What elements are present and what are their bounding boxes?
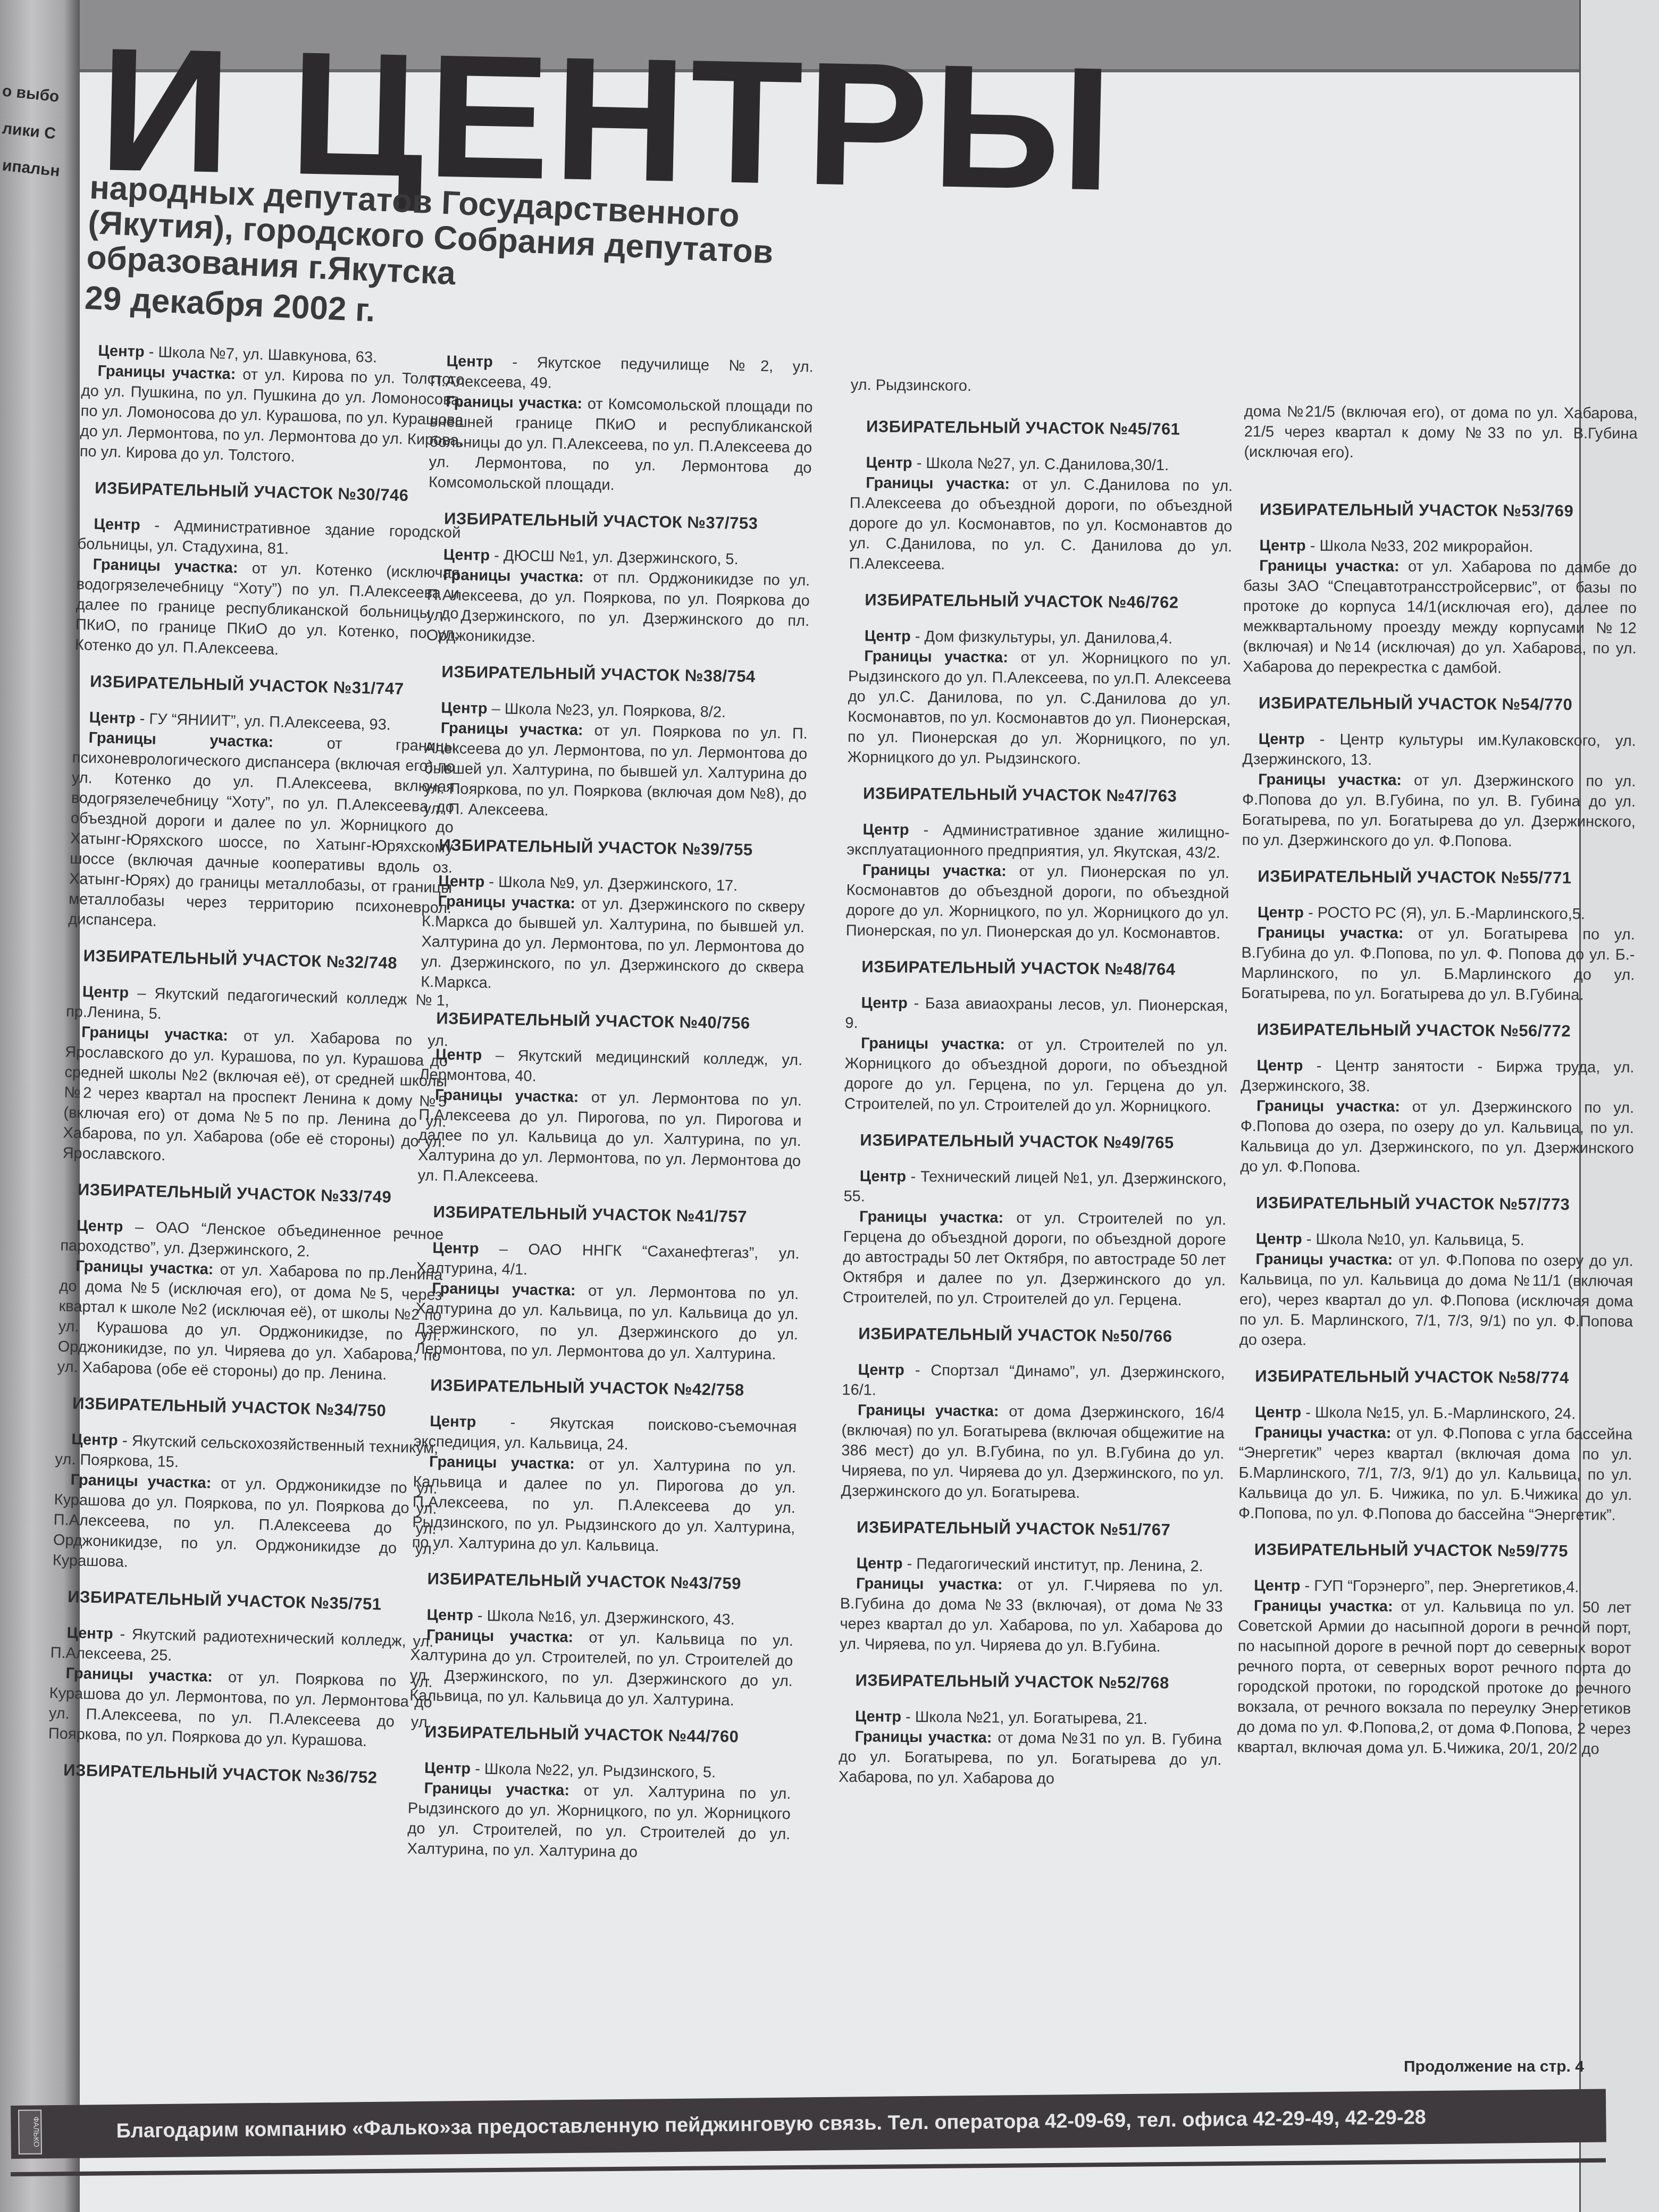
precinct-title: ИЗБИРАТЕЛЬНЫЙ УЧАСТОК №33/749 [78, 1179, 445, 1209]
center-label: Центр [1259, 731, 1305, 748]
bounds-label: Границы участка: [866, 474, 1010, 492]
bounds-label: Границы участка: [446, 393, 582, 412]
center-label: Центр [82, 983, 129, 1001]
bounds-label: Границы участка: [65, 1665, 213, 1686]
precinct-block: ИЗБИРАТЕЛЬНЫЙ УЧАСТОК №48/764 Центр - Ба… [844, 957, 1229, 1117]
center-label: Центр [1256, 1230, 1302, 1247]
column-2: Центр - Якутское педучилище №2, ул. П.Ал… [407, 351, 814, 1881]
bounds-label: Границы участка: [426, 1627, 574, 1646]
precinct-block: ИЗБИРАТЕЛЬНЫЙ УЧАСТОК №31/747 Центр - ГУ… [68, 671, 457, 939]
precinct-title: ИЗБИРАТЕЛЬНЫЙ УЧАСТОК №59/775 [1254, 1539, 1632, 1562]
precinct-title: ИЗБИРАТЕЛЬНЫЙ УЧАСТОК №45/761 [866, 416, 1233, 440]
precinct-title: ИЗБИРАТЕЛЬНЫЙ УЧАСТОК №54/770 [1259, 693, 1636, 715]
prev-page-fragment: ипальн [2, 156, 61, 180]
precinct-block: ИЗБИРАТЕЛЬНЫЙ УЧАСТОК №45/761 Центр - Шк… [849, 416, 1234, 577]
center-text: - Школа №15, ул. Б.-Марлинского, 24. [1301, 1404, 1576, 1423]
bounds-label: Границы участка: [855, 1728, 992, 1746]
bounds-label: Границы участка: [862, 861, 1007, 879]
continued-text: ул. Рыдзинского. [851, 375, 1234, 398]
center-label: Центр [858, 1361, 904, 1379]
falko-logo-icon: ФАЛЬКО [18, 2109, 42, 2154]
center-label: Центр [1254, 1577, 1300, 1594]
precinct-block: ИЗБИРАТЕЛЬНЫЙ УЧАСТОК №49/765 Центр - Те… [843, 1130, 1227, 1311]
center-label: Центр [98, 342, 145, 361]
precinct-title: ИЗБИРАТЕЛЬНЫЙ УЧАСТОК №55/771 [1258, 866, 1635, 889]
center-text: - Школа №33, 202 микрорайон. [1306, 538, 1534, 556]
center-label: Центр [441, 699, 488, 717]
precinct-block: ИЗБИРАТЕЛЬНЫЙ УЧАСТОК №38/754 Центр – Шк… [423, 661, 809, 825]
continued-on-page-note: Продолжение на стр. 4 [1404, 2058, 1584, 2076]
center-label: Центр [89, 709, 136, 727]
center-label: Центр [66, 1624, 113, 1643]
center-label: Центр [865, 627, 911, 645]
center-label: Центр [1256, 1057, 1303, 1074]
precinct-block: ИЗБИРАТЕЛЬНЫЙ УЧАСТОК №30/746 Центр - Ад… [75, 477, 462, 664]
bounds-text: от ул. Жорницкого по ул. Рыдзинского до … [848, 649, 1231, 768]
center-label: Центр [435, 1046, 482, 1063]
center-label: Центр [77, 1217, 123, 1235]
bounds-text: от ул. Кальвица по ул. 50 лет Советской … [1237, 1598, 1632, 1757]
precinct-title: ИЗБИРАТЕЛЬНЫЙ УЧАСТОК №57/773 [1256, 1193, 1633, 1215]
bounds-label: Границы участка: [859, 1208, 1003, 1226]
center-text: – Школа №23, ул. Пояркова, 8/2. [487, 700, 726, 721]
center-text: - ГУП “Горэнерго”, пер. Энергетиков,4. [1300, 1578, 1579, 1596]
continued-text: дома №21/5 (включая его), от дома по ул.… [1244, 401, 1638, 464]
bounds-label: Границы участка: [861, 1035, 1005, 1053]
center-label: Центр [1258, 904, 1304, 921]
center-text: - Школа №10, ул. Кальвица, 5. [1302, 1231, 1524, 1249]
precinct-title: ИЗБИРАТЕЛЬНЫЙ УЧАСТОК №32/748 [83, 945, 450, 975]
precinct-title: ИЗБИРАТЕЛЬНЫЙ УЧАСТОК №43/759 [427, 1569, 794, 1595]
bounds-label: Границы участка: [441, 719, 583, 739]
bounds-text: от ул. Котенко (исключая водогрязелечебн… [75, 559, 460, 658]
precinct-block: ИЗБИРАТЕЛЬНЫЙ УЧАСТОК №35/751 Центр - Як… [48, 1586, 434, 1753]
bounds-label: Границы участка: [93, 556, 238, 577]
precinct-block: ИЗБИРАТЕЛЬНЫЙ УЧАСТОК №41/757 Центр – ОА… [415, 1202, 800, 1365]
precinct-title: ИЗБИРАТЕЛЬНЫЙ УЧАСТОК №42/758 [430, 1375, 798, 1401]
bounds-label: Границы участка: [432, 1280, 576, 1299]
center-label: Центр [860, 1168, 906, 1185]
bounds-label: Границы участка: [70, 1471, 211, 1492]
precinct-block: ИЗБИРАТЕЛЬНЫЙ УЧАСТОК №37/753 Центр - ДЮ… [426, 508, 811, 651]
precinct-title: ИЗБИРАТЕЛЬНЫЙ УЧАСТОК №34/750 [72, 1393, 440, 1422]
precinct-title: ИЗБИРАТЕЛЬНЫЙ УЧАСТОК №37/753 [444, 508, 811, 534]
bounds-text: от ул. Хабарова по дамбе до базы ЗАО “Сп… [1243, 558, 1637, 677]
bounds-label: Границы участка: [435, 1086, 579, 1105]
column-4: дома №21/5 (включая его), от дома по ул.… [1237, 401, 1637, 1775]
bounds-label: Границы участка: [1258, 771, 1402, 789]
center-label: Центр [94, 516, 140, 534]
center-label: Центр [861, 994, 908, 1012]
precinct-title: ИЗБИРАТЕЛЬНЫЙ УЧАСТОК №53/769 [1260, 499, 1637, 522]
precinct-block: ИЗБИРАТЕЛЬНЫЙ УЧАСТОК №59/775 Центр - ГУ… [1237, 1539, 1632, 1759]
precinct-block: ИЗБИРАТЕЛЬНЫЙ УЧАСТОК №39/755 Центр - Шк… [421, 835, 806, 998]
center-text: - РОСТО РС (Я), ул. Б.-Марлинского,5. [1304, 904, 1585, 923]
center-text: - Школа №16, ул. Дзержинского, 43. [473, 1607, 735, 1629]
precinct-block: ИЗБИРАТЕЛЬНЫЙ УЧАСТОК №44/760 Центр - Шк… [407, 1722, 792, 1865]
precinct-block: ИЗБИРАТЕЛЬНЫЙ УЧАСТОК №58/774 Центр - Шк… [1238, 1366, 1633, 1526]
bounds-label: Границы участка: [1258, 924, 1404, 942]
precinct-title: ИЗБИРАТЕЛЬНЫЙ УЧАСТОК №40/756 [436, 1008, 803, 1034]
center-text: - Школа №22, ул. Рыдзинского, 5. [471, 1761, 716, 1781]
precinct-block: ИЗБИРАТЕЛЬНЫЙ УЧАСТОК №50/766 Центр - Сп… [841, 1323, 1226, 1504]
bounds-label: Границы участка: [81, 1024, 229, 1044]
precinct-title: ИЗБИРАТЕЛЬНЫЙ УЧАСТОК №46/762 [865, 590, 1231, 613]
precinct-block: Центр - Школа №7, ул. Шавкунова, 63. Гра… [79, 340, 465, 471]
center-label: Центр [443, 546, 490, 564]
precinct-block: ИЗБИРАТЕЛЬНЫЙ УЧАСТОК №40/756 Центр – Як… [417, 1008, 803, 1192]
center-text: - Школа №27, ул. С.Данилова,30/1. [912, 455, 1169, 474]
precinct-block: ИЗБИРАТЕЛЬНЫЙ УЧАСТОК №33/749 Центр – ОА… [57, 1179, 445, 1386]
center-label: Центр [71, 1431, 118, 1449]
sponsor-text: Благодарим компанию «Фалько»за предостав… [116, 2106, 1426, 2143]
center-text: - Педагогический институт, пр. Ленина, 2… [902, 1555, 1203, 1575]
precinct-title: ИЗБИРАТЕЛЬНЫЙ УЧАСТОК №58/774 [1255, 1366, 1632, 1388]
precinct-block: Центр - Якутское педучилище №2, ул. П.Ал… [429, 351, 814, 498]
center-label: Центр [446, 353, 493, 370]
precinct-title: ИЗБИРАТЕЛЬНЫЙ УЧАСТОК №38/754 [441, 661, 809, 688]
precinct-block: ИЗБИРАТЕЛЬНЫЙ УЧАСТОК №34/750 Центр - Як… [52, 1393, 439, 1579]
center-label: Центр [1259, 537, 1305, 554]
column-1: Центр - Школа №7, ул. Шавкунова, 63. Гра… [47, 340, 465, 1805]
bounds-text: от границы психоневрологического диспанс… [68, 734, 456, 930]
precinct-title: ИЗБИРАТЕЛЬНЫЙ УЧАСТОК №50/766 [858, 1323, 1225, 1347]
bounds-label: Границы участка: [438, 893, 575, 912]
center-label: Центр [426, 1606, 473, 1624]
bounds-label: Границы участка: [97, 363, 236, 383]
center-label: Центр [438, 873, 485, 890]
center-label: Центр [866, 454, 912, 472]
center-label: Центр [855, 1708, 901, 1725]
precinct-block: ИЗБИРАТЕЛЬНЫЙ УЧАСТОК №56/772 Центр - Це… [1240, 1019, 1635, 1179]
center-label: Центр [862, 821, 909, 839]
precinct-title: ИЗБИРАТЕЛЬНЫЙ УЧАСТОК №48/764 [861, 957, 1228, 980]
bounds-label: Границы участка: [88, 730, 273, 751]
bounds-label: Границы участка: [1256, 1097, 1400, 1115]
bounds-text: от ул. Кирова по ул. Толстого до ул. Пуш… [80, 366, 465, 465]
precinct-title: ИЗБИРАТЕЛЬНЫЙ УЧАСТОК №39/755 [439, 835, 806, 861]
bounds-label: Границы участка: [864, 648, 1008, 666]
bounds-label: Границы участка: [858, 1402, 999, 1420]
bounds-text: от ул. Хабарова по ул. Ярославского до у… [62, 1027, 448, 1164]
precinct-title: ИЗБИРАТЕЛЬНЫЙ УЧАСТОК №47/763 [863, 783, 1230, 807]
bounds-label: Границы участка: [424, 1780, 569, 1799]
center-text: - Школа №21, ул. Богатырева, 21. [901, 1708, 1147, 1728]
bounds-label: Границы участка: [1255, 1251, 1393, 1268]
column-3: ул. Рыдзинского. ИЗБИРАТЕЛЬНЫЙ УЧАСТОК №… [839, 375, 1234, 1806]
precinct-title: ИЗБИРАТЕЛЬНЫЙ УЧАСТОК №31/747 [90, 672, 457, 701]
precinct-block: ИЗБИРАТЕЛЬНЫЙ УЧАСТОК №52/768 Центр - Шк… [839, 1670, 1222, 1790]
precinct-title: ИЗБИРАТЕЛЬНЫЙ УЧАСТОК №49/765 [860, 1130, 1227, 1153]
precinct-block: ИЗБИРАТЕЛЬНЫЙ УЧАСТОК №42/758 Центр - Як… [412, 1375, 798, 1559]
bounds-label: Границы участка: [1255, 1424, 1392, 1442]
precinct-block: ИЗБИРАТЕЛЬНЫЙ УЧАСТОК №32/748 Центр – Як… [62, 945, 450, 1172]
precinct-title: ИЗБИРАТЕЛЬНЫЙ УЧАСТОК №41/757 [433, 1202, 800, 1228]
precinct-title: ИЗБИРАТЕЛЬНЫЙ УЧАСТОК №35/751 [68, 1587, 435, 1616]
bounds-label: Границы участка: [76, 1258, 214, 1278]
bounds-label: Границы участка: [1254, 1597, 1393, 1615]
precinct-title: ИЗБИРАТЕЛЬНЫЙ УЧАСТОК №30/746 [95, 478, 462, 507]
precinct-block: ИЗБИРАТЕЛЬНЫЙ УЧАСТОК №36/752 [47, 1759, 431, 1789]
bounds-text: от ул. Хабарова по пр.Ленина до дома №5 … [57, 1261, 442, 1384]
center-text: - Дом физкультуры, ул. Данилова,4. [911, 628, 1173, 647]
precinct-block: ИЗБИРАТЕЛЬНЫЙ УЧАСТОК №57/773 Центр - Шк… [1239, 1193, 1634, 1352]
prev-page-fragment: о выбо [2, 82, 61, 106]
precinct-title: ИЗБИРАТЕЛЬНЫЙ УЧАСТОК №51/767 [857, 1517, 1224, 1540]
precinct-block: ИЗБИРАТЕЛЬНЫЙ УЧАСТОК №54/770 Центр - Це… [1242, 693, 1637, 852]
precinct-block: ИЗБИРАТЕЛЬНЫЙ УЧАСТОК №47/763 Центр - Ад… [846, 783, 1230, 944]
bounds-label: Границы участка: [429, 1453, 575, 1472]
precinct-title: ИЗБИРАТЕЛЬНЫЙ УЧАСТОК №44/760 [425, 1722, 792, 1748]
center-label: Центр [432, 1239, 479, 1257]
precinct-block: ИЗБИРАТЕЛЬНЫЙ УЧАСТОК №55/771 Центр - РО… [1241, 866, 1635, 1006]
precinct-title: ИЗБИРАТЕЛЬНЫЙ УЧАСТОК №36/752 [63, 1760, 431, 1789]
precinct-block: ИЗБИРАТЕЛЬНЫЙ УЧАСТОК №53/769 Центр - Шк… [1243, 499, 1637, 679]
center-label: Центр [1255, 1404, 1301, 1421]
prev-page-fragment: лики С [1, 120, 56, 143]
bounds-label: Границы участка: [856, 1575, 1002, 1593]
precinct-block: ИЗБИРАТЕЛЬНЫЙ УЧАСТОК №46/762 Центр - До… [848, 590, 1232, 770]
precinct-title: ИЗБИРАТЕЛЬНЫЙ УЧАСТОК №52/768 [855, 1670, 1222, 1694]
bounds-label: Границы участка: [443, 566, 584, 585]
center-label: Центр [424, 1759, 471, 1777]
precinct-block: ИЗБИРАТЕЛЬНЫЙ УЧАСТОК №51/767 Центр - Пе… [840, 1517, 1224, 1657]
center-text: - ДЮСШ №1, ул. Дзержинского, 5. [490, 547, 739, 568]
precinct-block: ИЗБИРАТЕЛЬНЫЙ УЧАСТОК №43/759 Центр - Шк… [409, 1569, 794, 1712]
bounds-label: Границы участка: [1259, 557, 1399, 575]
precinct-title: ИЗБИРАТЕЛЬНЫЙ УЧАСТОК №56/772 [1257, 1019, 1635, 1042]
center-label: Центр [856, 1555, 902, 1572]
center-text: - Школа №9, ул. Дзержинского, 17. [484, 874, 738, 894]
center-label: Центр [430, 1413, 476, 1430]
